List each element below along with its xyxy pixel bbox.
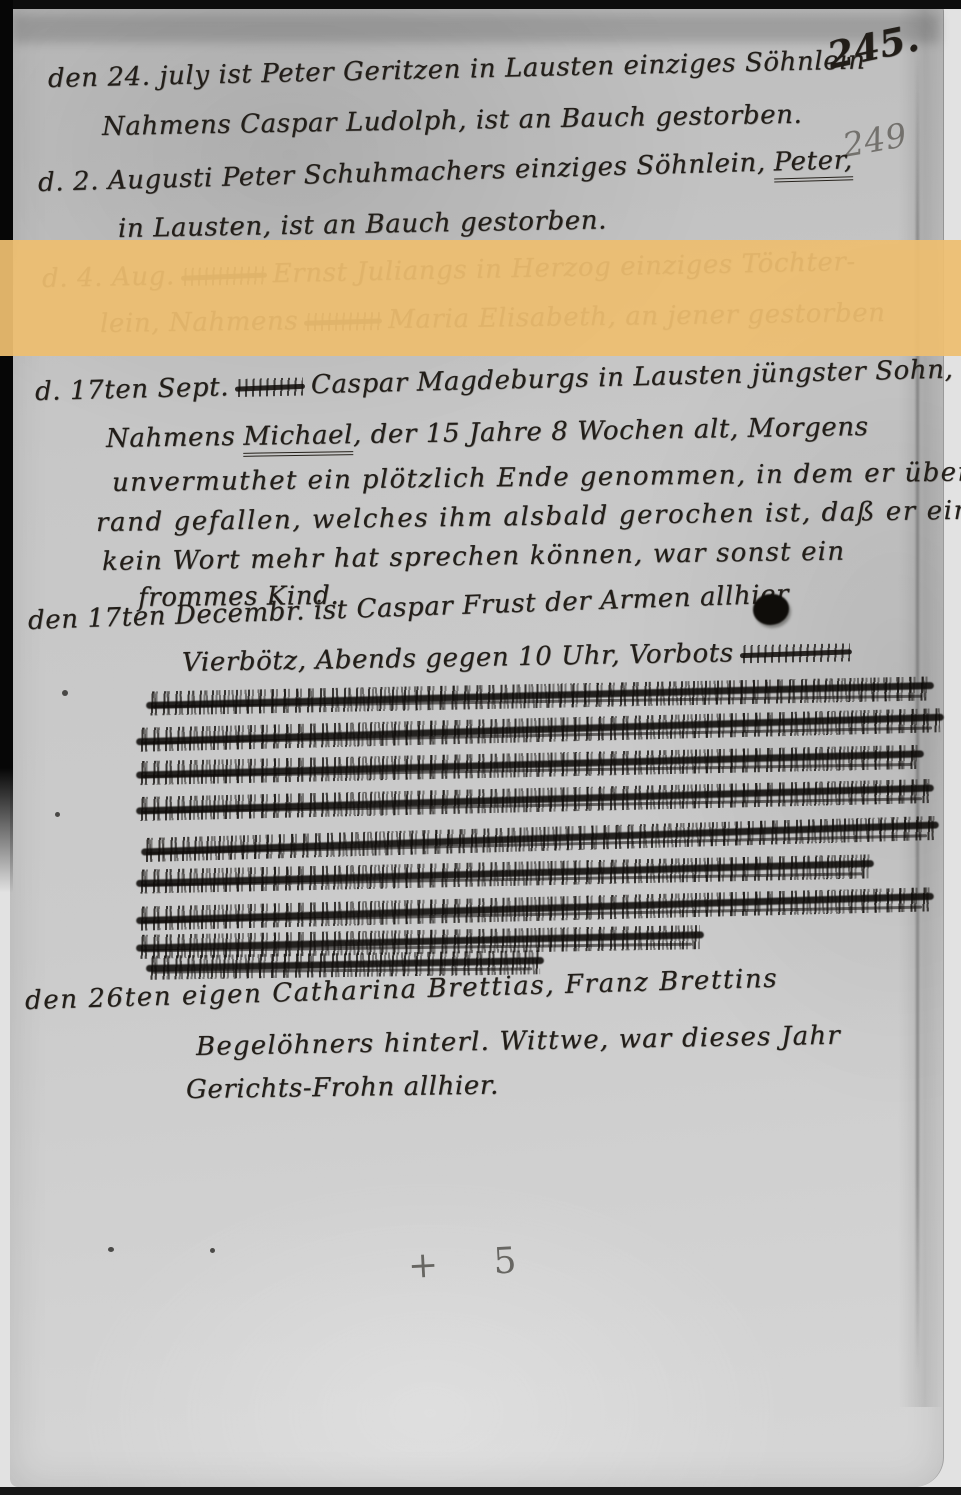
photo-edge-bottom	[0, 1487, 961, 1495]
ink-speck	[108, 1247, 114, 1252]
entry4-date: d. 17ten Sept.	[35, 372, 230, 407]
ink-speck	[62, 690, 68, 696]
register-page-photo: { "page_numbers": { "top": "245.", "belo…	[0, 0, 961, 1495]
entry3-date: d. 4. Aug.	[42, 261, 175, 294]
entry3-line2-text-a: lein, Nahmens	[100, 306, 299, 339]
pencil-tally-mark: + 5	[407, 1239, 539, 1287]
ink-speck	[210, 1248, 215, 1253]
top-smudge	[12, 15, 940, 43]
photo-edge-left	[0, 0, 13, 893]
entry4-underlined-name: Michael	[243, 420, 353, 457]
struck-word	[237, 377, 303, 397]
struck-word	[742, 643, 850, 663]
ink-speck	[55, 812, 60, 817]
page-fold-shading	[898, 7, 943, 1407]
entry6-line3: Gerichts-Frohn allhier.	[186, 1071, 499, 1105]
struck-word	[306, 312, 380, 331]
photo-edge-top	[0, 0, 961, 9]
struck-word	[182, 266, 264, 286]
entry4-line2-text-a: Nahmens	[106, 422, 236, 454]
entry2-underlined-name: Peter,	[773, 145, 853, 182]
